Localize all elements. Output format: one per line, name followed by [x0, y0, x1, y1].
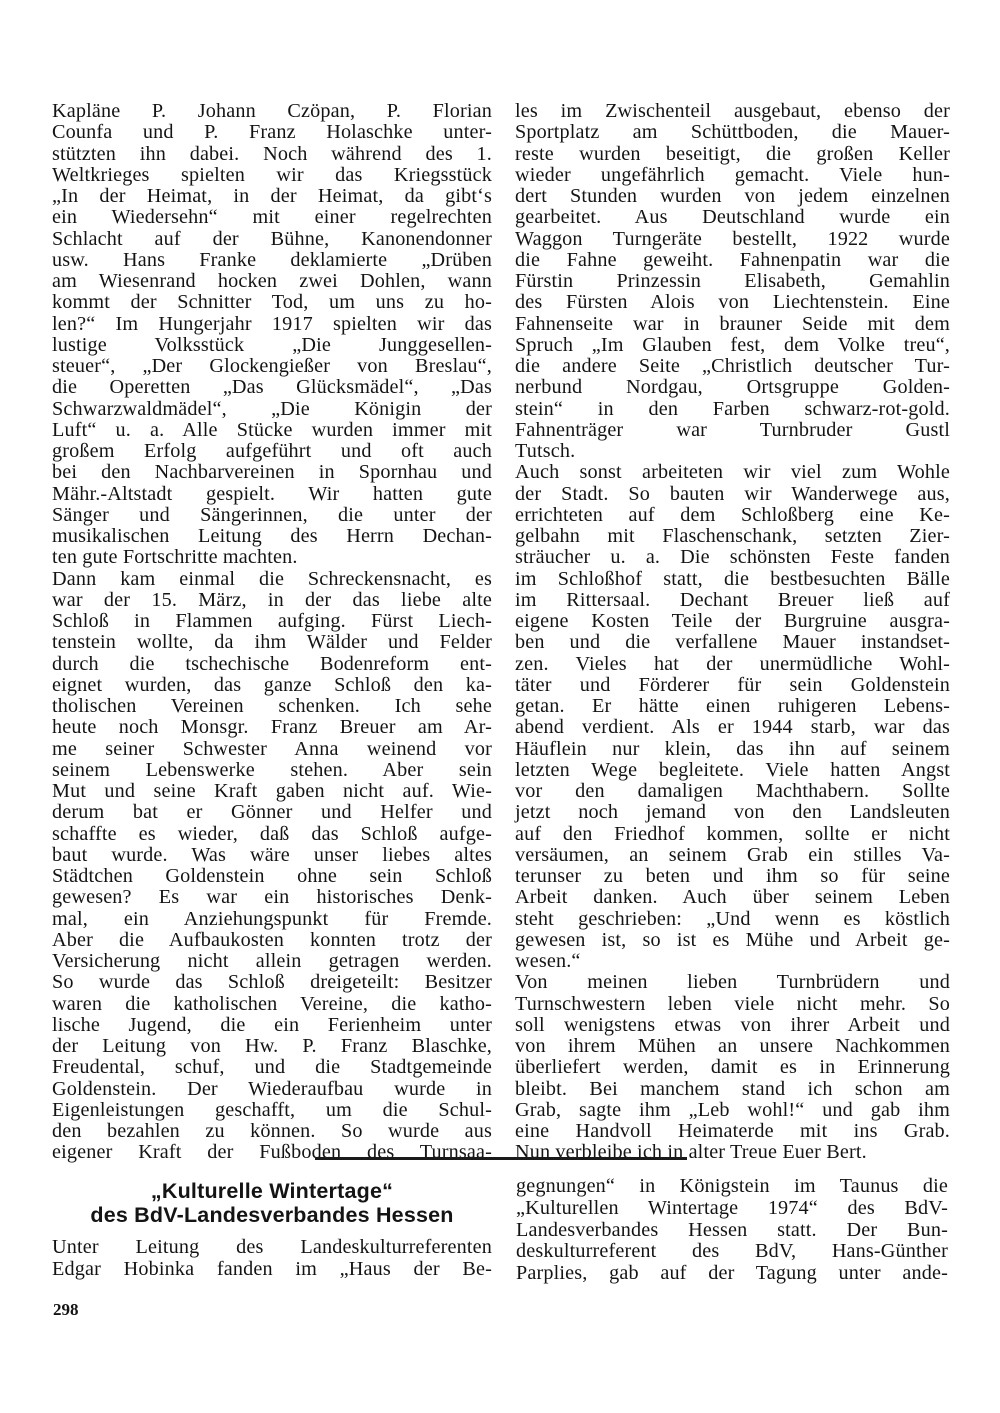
text-line: terunser zu beten und ihm so für seine — [515, 866, 950, 887]
text-line: musikalischen Leitung des Herrn Dechan- — [52, 526, 492, 547]
text-line: der Stadt. So bauten wir Wanderwege aus, — [515, 484, 950, 505]
text-line: Fürstin Prinzessin Elisabeth, Gemahlin — [515, 271, 950, 292]
text-line: Aber die Aufbaukosten konnten trotz der — [52, 930, 492, 951]
text-line: der Leitung von Hw. P. Franz Blaschke, — [52, 1036, 492, 1057]
text-line: eigener Kraft der Fußboden des Turnsaa- — [52, 1142, 492, 1163]
text-line: me seiner Schwester Anna weinend vor — [52, 739, 492, 760]
text-line: versäumen, an seinem Grab ein stilles Va… — [515, 845, 950, 866]
text-line: bleibt. Bei manchem stand ich schon am — [515, 1079, 950, 1100]
text-line: usw. Hans Franke deklamierte „Drüben — [52, 250, 492, 271]
text-line: ein Wiedersehn“ mit einer regelrechten — [52, 207, 492, 228]
text-line: Waggon Turngeräte bestellt, 1922 wurde — [515, 229, 950, 250]
text-line: gelbahn mit Flaschenschank, setzten Zier… — [515, 526, 950, 547]
text-line: waren die katholischen Vereine, die kath… — [52, 994, 492, 1015]
text-line: errichteten auf dem Schloßberg eine Ke- — [515, 505, 950, 526]
text-line: von ihrem Mühen an unsere Nachkommen — [515, 1036, 950, 1057]
text-line: täter und Förderer für sein Goldenstein — [515, 675, 950, 696]
text-line: ten gute Fortschritte machten. — [52, 547, 492, 568]
text-line: bei den Nachbarvereinen in Spornhau und — [52, 462, 492, 483]
text-line: „Kulturellen Wintertage 1974“ des BdV- — [516, 1198, 948, 1220]
text-line: letzten Wege begleitete. Viele hatten An… — [515, 760, 950, 781]
article2-left-column: Unter Leitung des Landeskulturreferenten… — [52, 1237, 492, 1281]
text-line: durch die tschechische Bodenreform ent- — [52, 654, 492, 675]
text-line: Eigenleistungen geschafft, um die Schul- — [52, 1100, 492, 1121]
text-line: deskulturreferent des BdV, Hans-Günther — [516, 1241, 948, 1263]
text-line: Grab, sagte ihm „Leb wohl!“ und gab ihm — [515, 1100, 950, 1121]
text-line: zen. Vieles hat der unermüdliche Wohl- — [515, 654, 950, 675]
text-line: Fahnenseite war in brauner Seide mit dem — [515, 314, 950, 335]
text-line: Versicherung nicht allein getragen werde… — [52, 951, 492, 972]
text-line: Goldenstein. Der Wiederaufbau wurde in — [52, 1079, 492, 1100]
article2-right-column: gegnungen“ in Königstein im Taunus die„K… — [516, 1176, 948, 1285]
text-line: reste wurden beseitigt, die großen Kelle… — [515, 144, 950, 165]
document-page: Kapläne P. Johann Czöpan, P. FlorianCoun… — [0, 0, 1000, 1413]
text-line: Luft“ u. a. Alle Stücke wurden immer mit — [52, 420, 492, 441]
text-line: lische Jugend, die ein Ferienheim unter — [52, 1015, 492, 1036]
text-line: gearbeitet. Aus Deutschland wurde ein — [515, 207, 950, 228]
text-line: les im Zwischenteil ausgebaut, ebenso de… — [515, 101, 950, 122]
text-line: soll wenigstens etwas von ihrer Arbeit u… — [515, 1015, 950, 1036]
text-line: Von meinen lieben Turnbrüdern und — [515, 972, 950, 993]
text-line: So wurde das Schloß dreigeteilt: Besitze… — [52, 972, 492, 993]
text-line: tholischen Vereinen schenken. Ich sehe — [52, 696, 492, 717]
text-line: eignet wurden, das ganze Schloß den ka- — [52, 675, 492, 696]
text-line: war der 15. März, in der das liebe alte — [52, 590, 492, 611]
text-line: Häuflein nur klein, das ihn auf seinem — [515, 739, 950, 760]
text-line: stützten ihn dabei. Noch während des 1. — [52, 144, 492, 165]
text-line: Sänger und Sängerinnen, die unter der — [52, 505, 492, 526]
text-line: mal, ein Anziehungspunkt für Fremde. — [52, 909, 492, 930]
text-line: Schloß in Flammen aufging. Fürst Liech- — [52, 611, 492, 632]
text-line: getan. Er hätte einen ruhigeren Lebens- — [515, 696, 950, 717]
article1-left-column: Kapläne P. Johann Czöpan, P. FlorianCoun… — [52, 101, 492, 1164]
text-line: vor den damaligen Machthabern. Sollte — [515, 781, 950, 802]
article2-heading: „Kulturelle Wintertage“ des BdV-Landesve… — [52, 1179, 492, 1227]
text-line: Mähr.-Altstadt gespielt. Wir hatten gute — [52, 484, 492, 505]
text-line: steht geschrieben: „Und wenn es köstlich — [515, 909, 950, 930]
text-line: wesen.“ — [515, 951, 950, 972]
text-line: len?“ Im Hungerjahr 1917 spielten wir da… — [52, 314, 492, 335]
heading-line-1: „Kulturelle Wintertage“ — [52, 1179, 492, 1203]
text-line: auf den Friedhof kommen, sollte er nicht — [515, 824, 950, 845]
text-line: kommt der Schnitter Tod, um uns zu ho- — [52, 292, 492, 313]
text-line: steuer“, „Der Glockengießer von Breslau“… — [52, 356, 492, 377]
text-line: die andere Seite „Christlich deutscher T… — [515, 356, 950, 377]
text-line: ben und die verfallene Mauer instandset- — [515, 632, 950, 653]
text-line: Unter Leitung des Landeskulturreferenten — [52, 1237, 492, 1259]
text-line: lustige Volksstück „Die Junggesellen- — [52, 335, 492, 356]
text-line: großem Erfolg aufgeführt und oft auch — [52, 441, 492, 462]
text-line: „In der Heimat, in der Heimat, da gibt‘s — [52, 186, 492, 207]
text-line: abend verdient. Als er 1944 starb, war d… — [515, 717, 950, 738]
text-line: seinem Lebenswerke stehen. Aber sein — [52, 760, 492, 781]
text-line: tenstein wollte, da ihm Wälder und Felde… — [52, 632, 492, 653]
text-line: stein“ in den Farben schwarz-rot-gold. — [515, 399, 950, 420]
text-line: Schlacht auf der Bühne, Kanonendonner — [52, 229, 492, 250]
text-line: Landesverbandes Hessen statt. Der Bun- — [516, 1220, 948, 1242]
text-line: Weltkrieges spielten wir das Kriegsstück — [52, 165, 492, 186]
text-line: Auch sonst arbeiteten wir viel zum Wohle — [515, 462, 950, 483]
heading-line-2: des BdV-Landesverbandes Hessen — [52, 1203, 492, 1227]
text-line: nerbund Nordgau, Ortsgruppe Golden- — [515, 377, 950, 398]
text-line: Edgar Hobinka fanden im „Haus der Be- — [52, 1259, 492, 1281]
text-line: am Wiesenrand hocken zwei Dohlen, wann — [52, 271, 492, 292]
text-line: den bezahlen zu können. So wurde aus — [52, 1121, 492, 1142]
text-line: wieder ungefährlich gemacht. Viele hun- — [515, 165, 950, 186]
text-line: gewesen? Es war ein historisches Denk- — [52, 887, 492, 908]
text-line: die Fahne geweiht. Fahnenpatin war die — [515, 250, 950, 271]
text-line: Turnschwestern leben viele nicht mehr. S… — [515, 994, 950, 1015]
page-number: 298 — [53, 1300, 79, 1320]
text-line: Parplies, gab auf der Tagung unter ande- — [516, 1263, 948, 1285]
text-line: Mut und seine Kraft gaben nicht auf. Wie… — [52, 781, 492, 802]
text-line: Kapläne P. Johann Czöpan, P. Florian — [52, 101, 492, 122]
section-divider-rule — [315, 1157, 687, 1160]
text-line: Counfa und P. Franz Holaschke unter- — [52, 122, 492, 143]
text-line: schaffte es wieder, daß das Schloß aufge… — [52, 824, 492, 845]
text-line: die Operetten „Das Glücksmädel“, „Das — [52, 377, 492, 398]
text-line: jetzt noch jemand von den Landsleuten — [515, 802, 950, 823]
text-line: Tutsch. — [515, 441, 950, 462]
text-line: Sportplatz am Schüttboden, die Mauer- — [515, 122, 950, 143]
text-line: Dann kam einmal die Schreckensnacht, es — [52, 569, 492, 590]
text-line: im Rittersaal. Dechant Breuer ließ auf — [515, 590, 950, 611]
text-line: Schwarzwaldmädel“, „Die Königin der — [52, 399, 492, 420]
text-line: Freudental, schuf, und die Stadtgemeinde — [52, 1057, 492, 1078]
text-line: Spruch „Im Glauben fest, dem Volke treu“… — [515, 335, 950, 356]
text-line: derum bat er Gönner und Helfer und — [52, 802, 492, 823]
text-line: baut wurde. Was wäre unser liebes altes — [52, 845, 492, 866]
text-line: heute noch Monsgr. Franz Breuer am Ar- — [52, 717, 492, 738]
text-line: Fahnenträger war Turnbruder Gustl — [515, 420, 950, 441]
text-line: Nun verbleibe ich in alter Treue Euer Be… — [515, 1142, 950, 1163]
text-line: gewesen ist, so ist es Mühe und Arbeit g… — [515, 930, 950, 951]
text-line: im Schloßhof statt, die bestbesuchten Bä… — [515, 569, 950, 590]
text-line: Städtchen Goldenstein ohne sein Schloß — [52, 866, 492, 887]
text-line: eine Handvoll Heimaterde mit ins Grab. — [515, 1121, 950, 1142]
text-line: dert Stunden wurden von jedem einzelnen — [515, 186, 950, 207]
text-line: Arbeit danken. Auch über seinem Leben — [515, 887, 950, 908]
article1-right-column: les im Zwischenteil ausgebaut, ebenso de… — [515, 101, 950, 1164]
text-line: eigene Kosten Teile der Burgruine ausgra… — [515, 611, 950, 632]
text-line: des Fürsten Alois von Liechtenstein. Ein… — [515, 292, 950, 313]
text-line: überliefert werden, damit es in Erinneru… — [515, 1057, 950, 1078]
text-line: sträucher u. a. Die schönsten Feste fand… — [515, 547, 950, 568]
text-line: gegnungen“ in Königstein im Taunus die — [516, 1176, 948, 1198]
